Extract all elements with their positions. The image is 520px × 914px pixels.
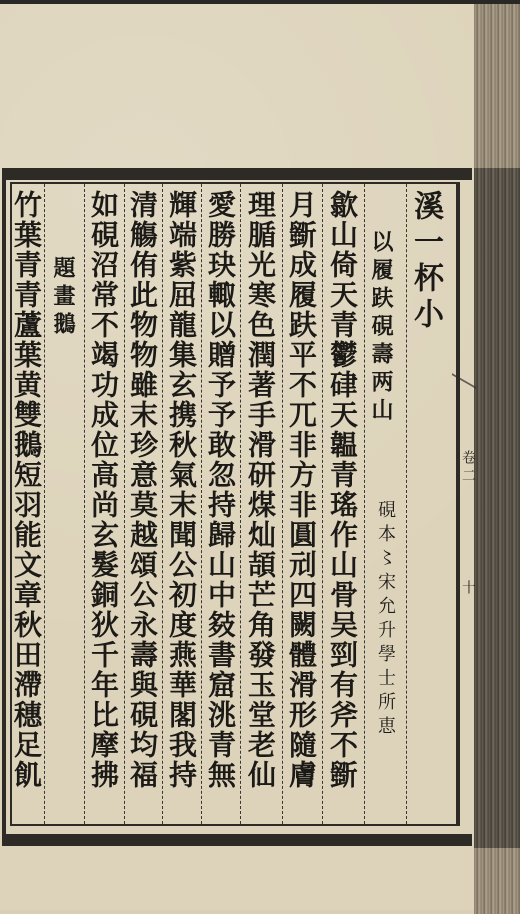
text-column-8: 清觴侑此物物雖末珍意莫越頌公永壽與硯均福 bbox=[128, 190, 156, 790]
column-divider bbox=[322, 184, 323, 824]
text-column-5: 理腯光寒色潤著手滑研煤灿頡芒角發玉堂老仙 bbox=[246, 190, 274, 790]
column-divider bbox=[201, 184, 202, 824]
banxin-volume: 卷二 bbox=[458, 450, 478, 486]
column-divider bbox=[282, 184, 283, 824]
text-column-1: 溪一杯小 bbox=[410, 190, 440, 334]
column-divider bbox=[124, 184, 125, 824]
column-divider bbox=[162, 184, 163, 824]
banxin-page-number: 十 bbox=[458, 580, 478, 598]
text-column-7: 輝端紫屈龍集玄携秋氣末聞公初度燕華閣我持 bbox=[167, 190, 195, 790]
poem-title-note: 硯本〻宋允升學士所恵 bbox=[376, 500, 394, 740]
book-fore-edge-shadow bbox=[474, 168, 520, 848]
poem-title-goose: 題畫鵝 bbox=[52, 256, 74, 340]
column-divider bbox=[44, 184, 45, 824]
column-divider bbox=[406, 184, 407, 824]
text-column-6: 愛勝玦輙以贈予予敢忽持歸山中㩼書窟洮青無 bbox=[206, 190, 234, 790]
poem-title-inkstone: 以履趺硯壽两山 bbox=[370, 230, 392, 426]
column-divider bbox=[240, 184, 241, 824]
text-column-11: 竹葉青青蘆葉黄雙鵝短羽能文章秋田滯穗足飢 bbox=[12, 190, 40, 790]
column-divider bbox=[364, 184, 365, 824]
column-divider bbox=[84, 184, 85, 824]
text-column-3: 歙山倚天青鬱硉天韞青瑤作山骨吴剄有斧不斵 bbox=[328, 190, 356, 790]
text-column-9: 如硯沼常不竭功成位高尚玄髮銅狄千年比摩拂 bbox=[89, 190, 117, 790]
banxin-center-strip bbox=[456, 182, 476, 826]
text-column-4: 月斵成履趺平不兀非方非圓刓四闕體滑形隨膚 bbox=[287, 190, 315, 790]
